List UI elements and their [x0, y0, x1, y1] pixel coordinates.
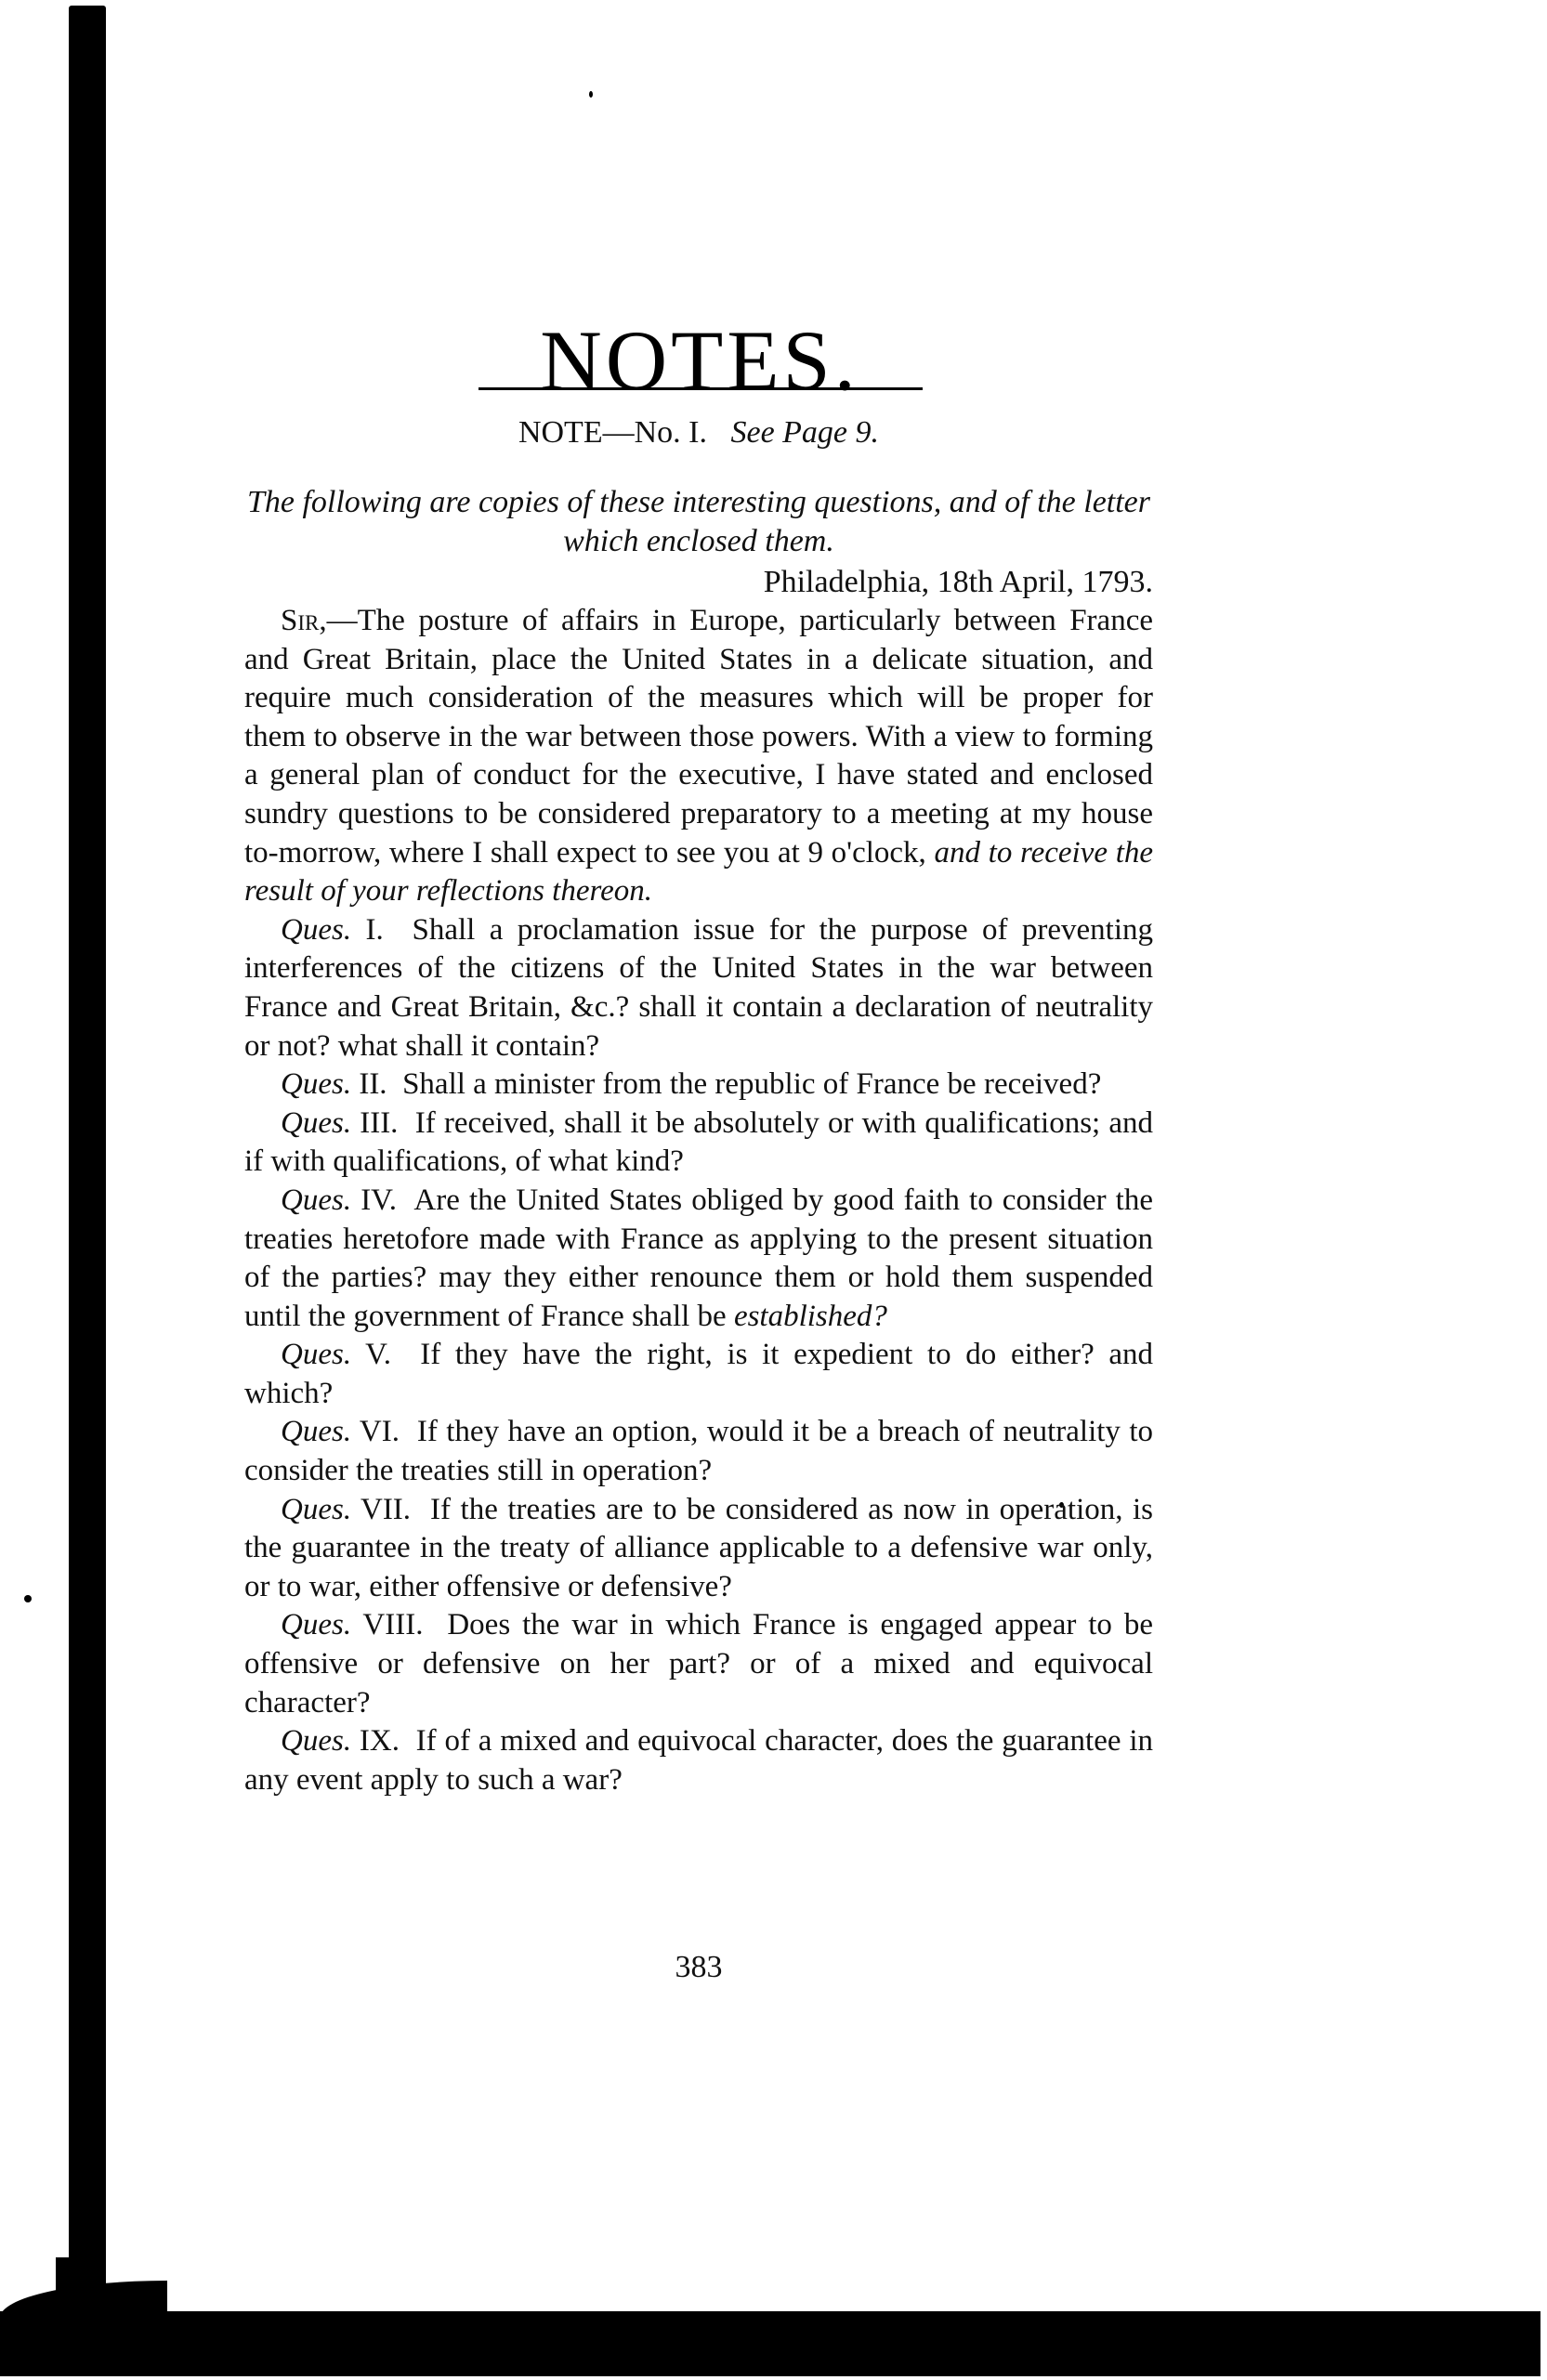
- question-number: VII.: [361, 1493, 411, 1526]
- question-label: Ques.: [281, 913, 351, 947]
- question-number: VIII.: [362, 1608, 423, 1641]
- question-label: Ques.: [281, 1724, 351, 1758]
- question-number: IV.: [361, 1183, 397, 1217]
- scan-binding-shadow: [69, 6, 106, 2319]
- question-number: III.: [360, 1106, 398, 1140]
- page-number: 383: [244, 1949, 1153, 1986]
- question-number: IX.: [360, 1724, 400, 1758]
- question-item: Ques. IX. If of a mixed and equivocal ch…: [244, 1722, 1153, 1799]
- question-label: Ques.: [281, 1067, 351, 1101]
- scan-speck: [589, 91, 593, 98]
- question-label: Ques.: [281, 1493, 351, 1526]
- question-label: Ques.: [281, 1415, 351, 1448]
- question-item: Ques. VI. If they have an option, would …: [244, 1413, 1153, 1490]
- question-item: Ques. V. If they have the right, is it e…: [244, 1336, 1153, 1413]
- letter-salutation: Sir,: [281, 604, 327, 637]
- question-number: II.: [359, 1067, 387, 1101]
- question-label: Ques.: [281, 1338, 351, 1371]
- letter-body-text: —The posture of affairs in Europe, parti…: [244, 604, 1153, 870]
- intro-text: The following are copies of these intere…: [244, 483, 1153, 561]
- question-item: Ques. II. Shall a minister from the repu…: [244, 1066, 1153, 1105]
- scan-bottom-edge: [0, 2311, 1540, 2376]
- question-label: Ques.: [281, 1608, 351, 1641]
- question-text: Shall a minister from the republic of Fr…: [402, 1067, 1101, 1101]
- note-label: NOTE—No. I.: [518, 415, 707, 450]
- question-text-italic: established?: [734, 1300, 887, 1333]
- title-rule-divider: [479, 387, 923, 390]
- letter-body: Sir,—The posture of affairs in Europe, p…: [244, 602, 1153, 1799]
- letter-dateline: Philadelphia, 18th April, 1793.: [244, 563, 1153, 602]
- question-item: Ques. VII. If the treaties are to be con…: [244, 1491, 1153, 1607]
- note-page-reference: See Page 9.: [730, 415, 879, 450]
- question-number: VI.: [360, 1415, 400, 1448]
- note-heading: NOTE—No. I. See Page 9.: [244, 414, 1153, 451]
- question-label: Ques.: [281, 1106, 351, 1140]
- question-number: V.: [365, 1338, 391, 1371]
- question-item: Ques. I. Shall a proclamation issue for …: [244, 911, 1153, 1066]
- question-number: I.: [365, 913, 383, 947]
- question-item: Ques. VIII. Does the war in which France…: [244, 1606, 1153, 1722]
- scan-speck: [24, 1595, 32, 1602]
- question-item: Ques. IV. Are the United States obliged …: [244, 1182, 1153, 1336]
- question-label: Ques.: [281, 1183, 351, 1217]
- letter-paragraph: Sir,—The posture of affairs in Europe, p…: [244, 602, 1153, 911]
- question-item: Ques. III. If received, shall it be abso…: [244, 1105, 1153, 1182]
